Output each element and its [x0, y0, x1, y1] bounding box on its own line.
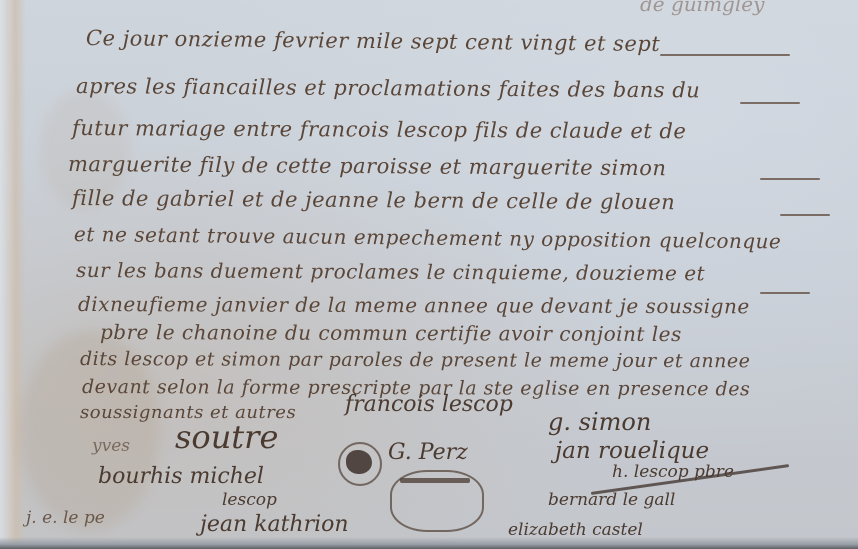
body-line-2: apres les fiancailles et proclamations f…: [76, 74, 700, 102]
body-line-7: sur les bans duement proclames le cinqui…: [76, 258, 705, 285]
body-line-6: et ne setant trouve aucun empechement ny…: [74, 222, 782, 253]
body-line-3: futur mariage entre francois lescop fils…: [72, 116, 686, 143]
body-line-8: dixneufieme janvier de la meme annee que…: [78, 292, 750, 318]
signature-groom: francois lescop: [345, 392, 513, 417]
signature-bernard-le-gall: bernard le gall: [548, 490, 675, 510]
line-flourish: [740, 102, 800, 104]
document-scan: de guimgley Ce jour onzieme fevrier mile…: [0, 0, 858, 549]
line-flourish: [760, 292, 810, 294]
body-line-4: marguerite fily de cette paroisse et mar…: [68, 152, 667, 180]
signature-jan-rouelique: jan rouelique: [555, 438, 709, 464]
line-flourish: [760, 178, 820, 180]
signature-perz: G. Perz: [388, 440, 468, 465]
signature-bride-father: g. simon: [548, 408, 651, 436]
signature-jean-kathrion: jean kathrion: [200, 512, 349, 537]
paper-edge-left: [0, 0, 26, 549]
body-line-5: fille de gabriel et de jeanne le bern de…: [72, 186, 675, 214]
body-line-1: Ce jour onzieme fevrier mile sept cent v…: [86, 26, 660, 56]
paraph-stroke: [400, 478, 470, 483]
paper-edge-bottom: [0, 537, 858, 549]
body-line-10: dits lescop et simon par paroles de pres…: [80, 348, 750, 372]
signature-yves: yves: [92, 436, 130, 456]
signature-priest: h. lescop pbre: [612, 462, 734, 482]
seal-scribble: [338, 442, 382, 486]
signature-left-margin: j. e. le pe: [26, 508, 105, 528]
signature-lescop: lescop: [222, 490, 277, 510]
signature-bourhis-michel: bourhis michel: [98, 464, 264, 489]
body-line-9: pbre le chanoine du commun certifie avoi…: [100, 320, 682, 346]
signature-soutre: soutre: [175, 418, 278, 456]
header-fragment: de guimgley: [640, 0, 764, 16]
line-flourish: [660, 54, 790, 56]
line-flourish: [780, 214, 830, 216]
